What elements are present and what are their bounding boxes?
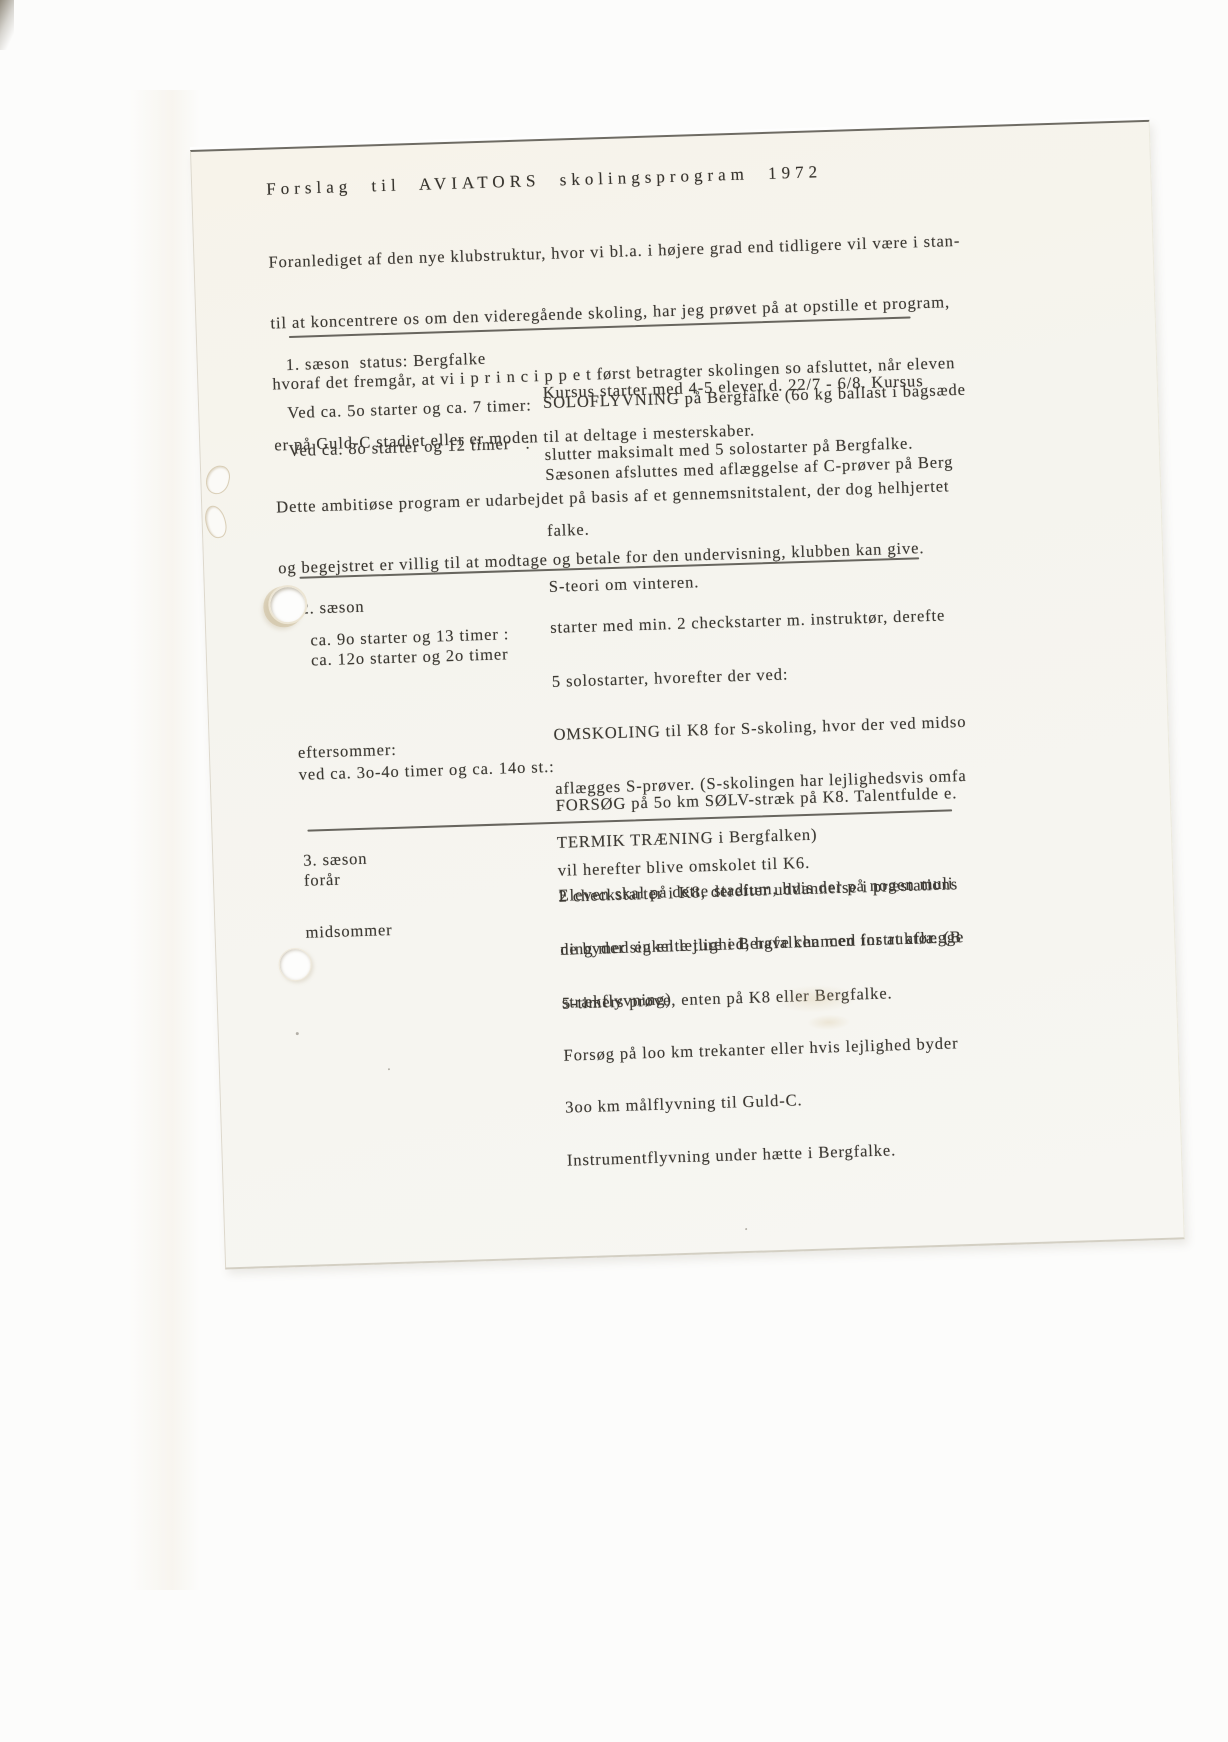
season3-label: 3. sæson xyxy=(303,849,368,871)
season1-row3-line: Sæsonen afsluttes med aflæggelse af C-pr… xyxy=(545,453,953,484)
midsommer-label: midsommer xyxy=(305,920,393,943)
paper-tear xyxy=(203,504,229,540)
forar-label: forår xyxy=(304,870,341,891)
season3-detail-line: Forsøg på loo km trekanter eller hvis le… xyxy=(563,1034,965,1064)
page-title: Forslag til AVIATORS skolingsprogram 197… xyxy=(266,162,822,199)
season3-detail-text: 2 checkstarter i K8, derefter uddannelse… xyxy=(557,840,969,1204)
scanner-light-strip xyxy=(130,90,200,1590)
dust-speck xyxy=(296,1032,299,1035)
paper-tear xyxy=(204,463,233,496)
season1-status: status: Bergfalke xyxy=(359,349,486,373)
season2-detail-line: 5 solostarter, hvorefter der ved: xyxy=(552,659,965,690)
season3-detail-line: strækflyvning) xyxy=(562,981,964,1011)
season3-detail-line: Instrumentflyvning under hætte i Bergfal… xyxy=(567,1139,969,1169)
dust-speck xyxy=(815,890,817,892)
season2-label: 2. sæson xyxy=(300,597,365,619)
hole-punch-bottom xyxy=(278,948,312,982)
season1-row3-line: falke. xyxy=(547,509,955,540)
intro-line: Foranlediget af den nye klubstruktur, hv… xyxy=(268,231,960,273)
eftersommer-label: eftersommer: xyxy=(298,740,397,763)
document-page: Forslag til AVIATORS skolingsprogram 197… xyxy=(190,120,1185,1270)
season3-detail-line: 3oo km målflyvning til Guld-C. xyxy=(565,1086,967,1116)
scan-corner-shadow xyxy=(0,0,14,50)
dust-speck xyxy=(745,1228,747,1230)
season2-detail-line: starter med min. 2 checkstarter m. instr… xyxy=(550,606,963,637)
season3-detail-line: 2 checkstarter i K8, derefter uddannelse… xyxy=(558,875,960,905)
dust-speck xyxy=(388,1068,390,1070)
season1-label: 1. sæson xyxy=(285,353,350,375)
season3-detail-line: ning med enkelte ture i Bergfalken med i… xyxy=(560,928,962,958)
